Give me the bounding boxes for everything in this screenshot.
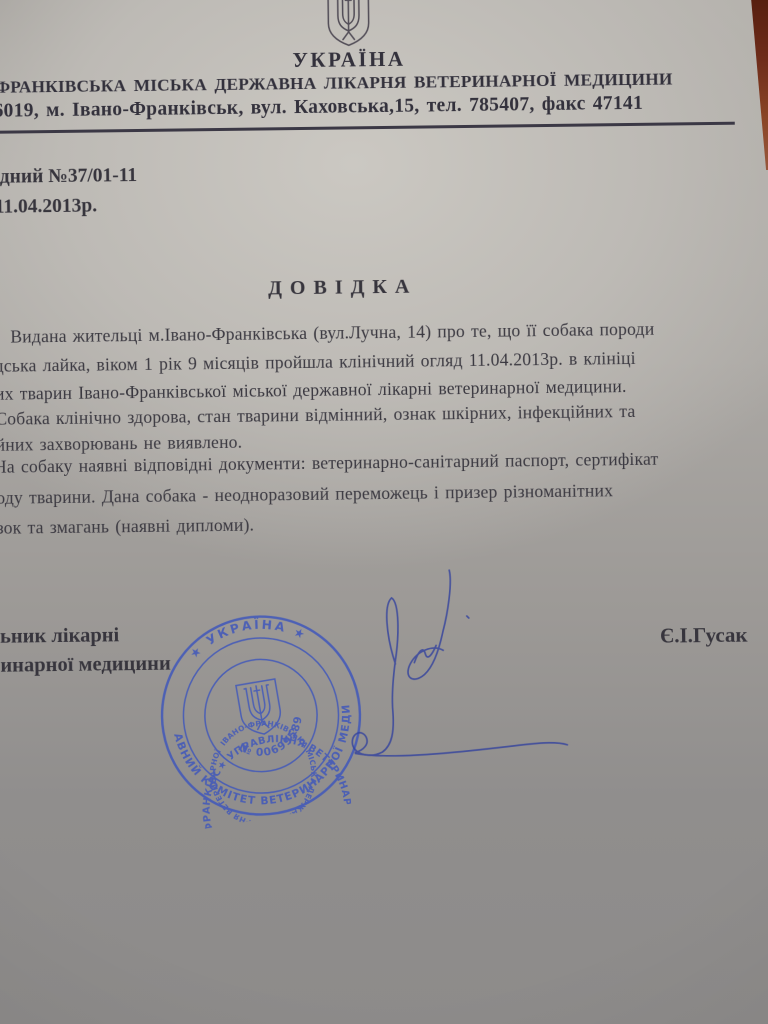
certificate-page: УКРАЇНА -ФРАНКІВСЬКА МІСЬКА ДЕРЖАВНА ЛІК… xyxy=(0,0,768,1024)
body-line: дська лайка, віком 1 рік 9 місяців пройш… xyxy=(0,348,636,377)
signer-title-line-1: ьник лікарні xyxy=(0,624,119,648)
ukraine-trident-icon xyxy=(325,0,372,49)
signer-name: Є.І.Гусак xyxy=(660,623,748,649)
body-line: йних захворювань не виявлено. xyxy=(0,432,242,456)
body-line: оду тварини. Дана собака - неодноразовий… xyxy=(0,480,613,509)
address-line: 6019, м. Івано-Франківськ, вул. Каховськ… xyxy=(0,93,643,123)
body-line: Видана жительці м.Івано-Франківська (вул… xyxy=(10,319,654,348)
country-name: УКРАЇНА xyxy=(249,46,449,73)
document-title: ДОВІДКА xyxy=(228,275,458,301)
body-line: зок та змагань (наявні дипломи). xyxy=(0,515,254,539)
document-photo: УКРАЇНА -ФРАНКІВСЬКА МІСЬКА ДЕРЖАВНА ЛІК… xyxy=(0,0,768,1024)
signer-title-line-2: инарної медицини xyxy=(0,653,171,678)
outgoing-number: ідний №37/01-11 xyxy=(0,165,137,189)
document-date: 11.04.2013р. xyxy=(0,195,97,218)
body-line: их тварин Івано-Франківської міської дер… xyxy=(0,376,627,405)
header-rule xyxy=(0,122,735,134)
signature-ink xyxy=(323,550,586,798)
body-line: Собака клінічно здорова, стан тварини ві… xyxy=(0,401,636,430)
